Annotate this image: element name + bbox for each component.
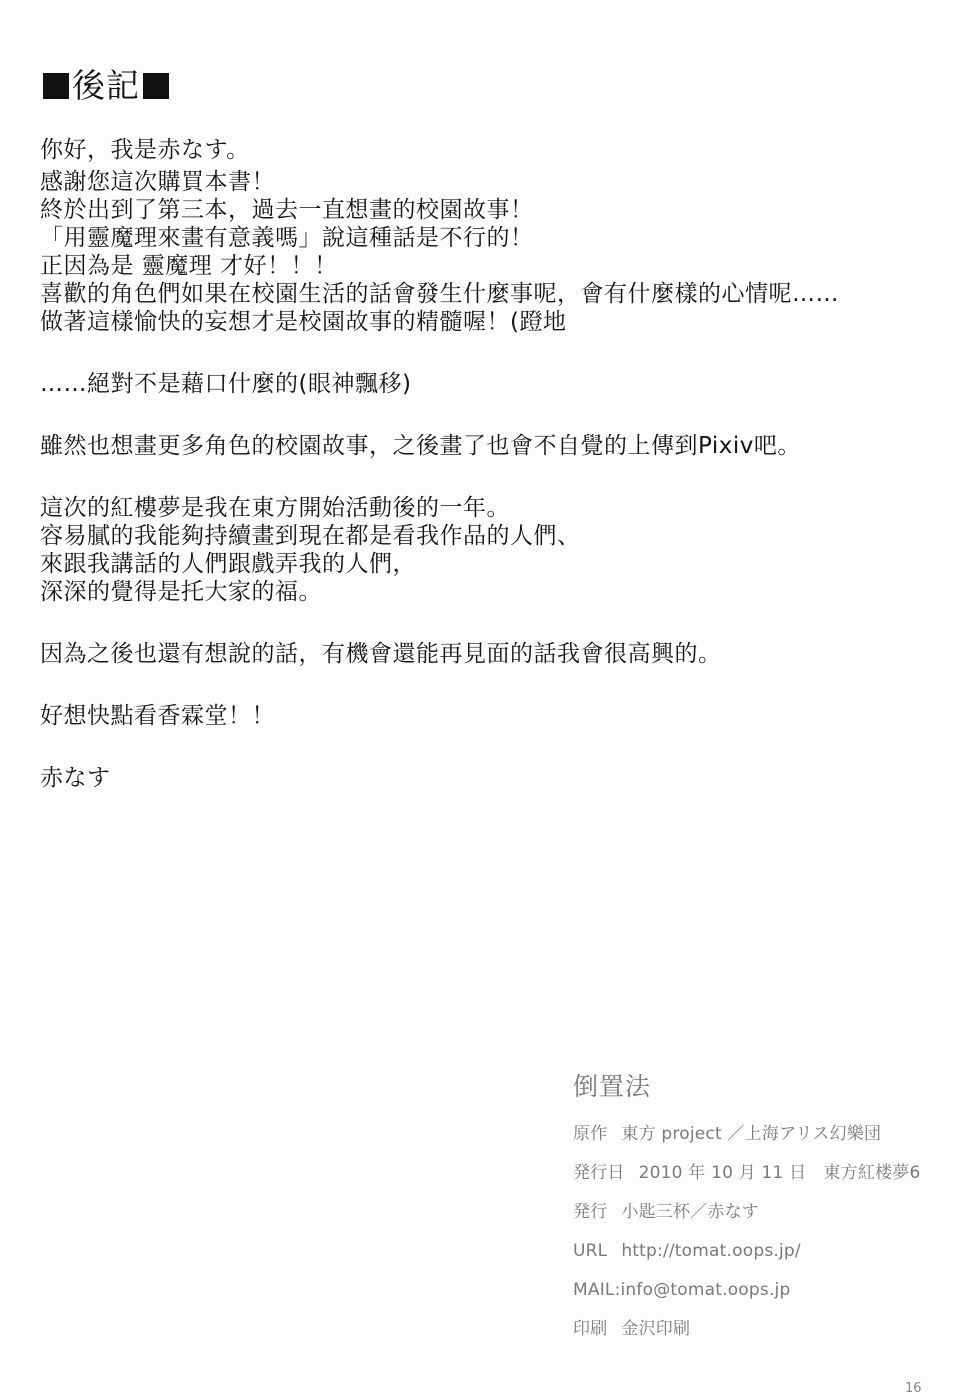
paragraph-line: 喜歡的角色們如果在校園生活的話會發生什麼事呢，會有什麼樣的心情呢…… bbox=[40, 280, 960, 308]
paragraph-line: 感謝您這次購買本書！ bbox=[40, 168, 960, 196]
black-square-icon bbox=[143, 73, 169, 99]
colophon-row-date: 発行日2010 年 10 月 11 日 東方紅楼夢6 bbox=[573, 1163, 921, 1202]
page-number: 16 bbox=[905, 1381, 922, 1396]
colophon-row-original: 原作東方 project ／上海アリス幻樂団 bbox=[573, 1124, 921, 1163]
colophon-label: 発行日 bbox=[573, 1163, 625, 1183]
paragraph-line: 這次的紅樓夢是我在東方開始活動後的一年。 bbox=[40, 494, 960, 522]
colophon-label: 印刷 bbox=[573, 1319, 607, 1339]
page-title: 後記 bbox=[40, 64, 172, 108]
page-title-text: 後記 bbox=[72, 66, 140, 105]
colophon-row-url: URLhttp://tomat.oops.jp/ bbox=[573, 1241, 921, 1280]
colophon-title: 倒置法 bbox=[573, 1070, 921, 1104]
colophon: 倒置法 原作東方 project ／上海アリス幻樂団 発行日2010 年 10 … bbox=[573, 1070, 921, 1358]
paragraph-line: 終於出到了第三本，過去一直想畫的校園故事！ bbox=[40, 196, 960, 224]
colophon-row-publisher: 発行小匙三杯／赤なす bbox=[573, 1202, 921, 1241]
paragraph-line: 雖然也想畫更多角色的校園故事，之後畫了也會不自覺的上傳到Pixiv吧。 bbox=[40, 432, 960, 460]
paragraph-line: 好想快點看香霖堂！！ bbox=[40, 702, 960, 730]
colophon-value: 東方 project ／上海アリス幻樂団 bbox=[621, 1124, 881, 1144]
greeting-line: 你好，我是赤なす。 bbox=[40, 136, 960, 164]
colophon-value: 金沢印刷 bbox=[621, 1319, 690, 1339]
paragraph-line: 來跟我講話的人們跟戲弄我的人們， bbox=[40, 550, 960, 578]
afterword-body: 你好，我是赤なす。 感謝您這次購買本書！ 終於出到了第三本，過去一直想畫的校園故… bbox=[40, 136, 960, 792]
black-square-icon bbox=[43, 73, 69, 99]
colophon-row-printer: 印刷金沢印刷 bbox=[573, 1319, 921, 1358]
colophon-row-mail: MAIL:info@tomat.oops.jp bbox=[573, 1280, 921, 1319]
signature: 赤なす bbox=[40, 764, 960, 792]
colophon-url-value: http://tomat.oops.jp/ bbox=[621, 1241, 801, 1261]
paragraph-line: 做著這樣愉快的妄想才是校園故事的精髓喔！(蹬地 bbox=[40, 308, 960, 336]
colophon-mail-value: MAIL:info@tomat.oops.jp bbox=[573, 1280, 790, 1300]
colophon-label: URL bbox=[573, 1241, 607, 1261]
colophon-label: 発行 bbox=[573, 1202, 607, 1222]
document-page: 後記 你好，我是赤なす。 感謝您這次購買本書！ 終於出到了第三本，過去一直想畫的… bbox=[0, 0, 980, 1400]
paragraph-line: 正因為是 靈魔理 才好！！！ bbox=[40, 252, 960, 280]
aside-line: ……絕對不是藉口什麼的(眼神飄移) bbox=[40, 370, 960, 398]
colophon-value: 小匙三杯／赤なす bbox=[621, 1202, 759, 1222]
paragraph-line: 「用靈魔理來畫有意義嗎」說這種話是不行的！ bbox=[40, 224, 960, 252]
colophon-label: 原作 bbox=[573, 1124, 607, 1144]
paragraph-line: 因為之後也還有想說的話，有機會還能再見面的話我會很高興的。 bbox=[40, 640, 960, 668]
colophon-value: 2010 年 10 月 11 日 東方紅楼夢6 bbox=[639, 1163, 921, 1183]
paragraph-line: 深深的覺得是托大家的福。 bbox=[40, 578, 960, 606]
paragraph-line: 容易膩的我能夠持續畫到現在都是看我作品的人們、 bbox=[40, 522, 960, 550]
